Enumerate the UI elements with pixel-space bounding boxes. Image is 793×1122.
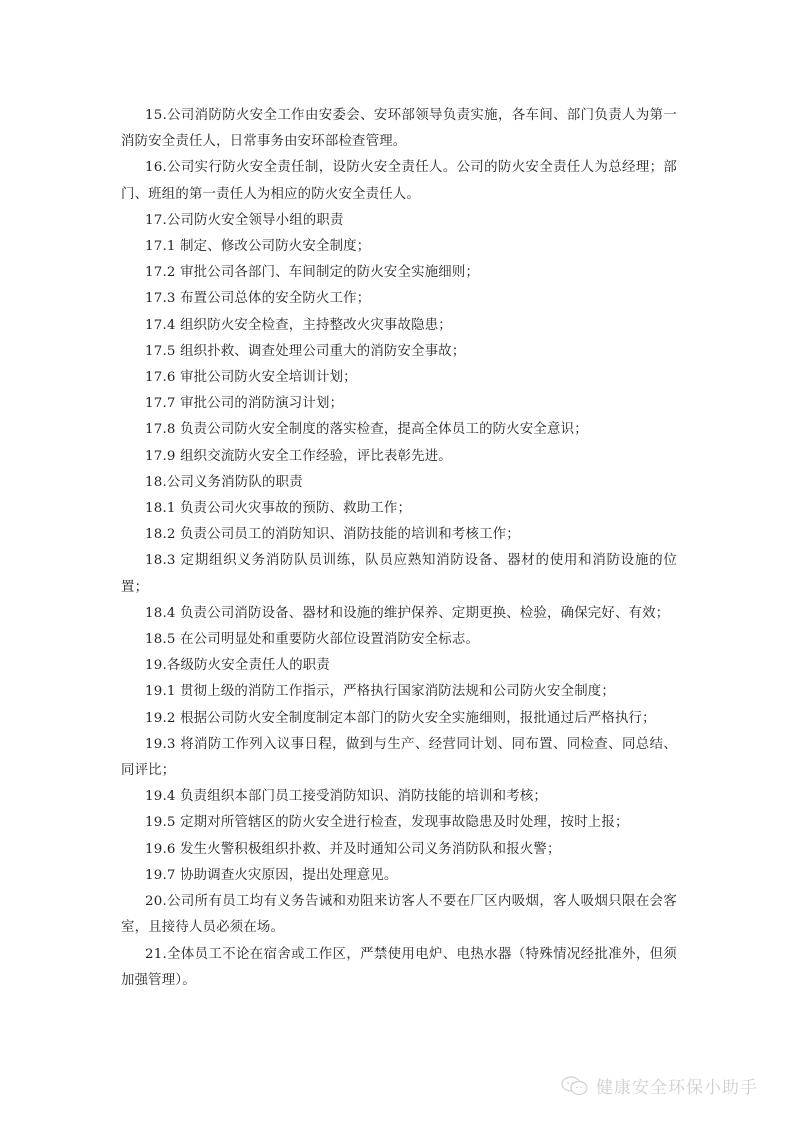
heading-19: 19.各级防火安全责任人的职责 [121, 653, 677, 679]
item-18-1: 18.1 负责公司火灾事故的预防、救助工作； [121, 496, 677, 522]
item-18-5: 18.5 在公司明显处和重要防火部位设置消防安全标志。 [121, 627, 677, 653]
watermark: 健康安全环保小助手 [560, 1073, 758, 1098]
item-17-3: 17.3 布置公司总体的安全防火工作； [121, 286, 677, 312]
item-18-2: 18.2 负责公司员工的消防知识、消防技能的培训和考核工作； [121, 522, 677, 548]
item-19-7: 19.7 协助调查火灾原因，提出处理意见。 [121, 863, 677, 889]
item-17-4: 17.4 组织防火安全检查，主持整改火灾事故隐患； [121, 313, 677, 339]
item-19-5: 19.5 定期对所管辖区的防火安全进行检查，发现事故隐患及时处理，按时上报； [121, 810, 677, 836]
item-17-5: 17.5 组织扑救、调查处理公司重大的消防安全事故； [121, 339, 677, 365]
item-19-2: 19.2 根据公司防火安全制度制定本部门的防火安全实施细则，报批通过后严格执行； [121, 706, 677, 732]
document-body: 15.公司消防防火安全工作由安委会、安环部领导负责实施，各车间、部门负责人为第一… [121, 103, 677, 994]
paragraph-15: 15.公司消防防火安全工作由安委会、安环部领导负责实施，各车间、部门负责人为第一… [121, 103, 677, 155]
item-18-3: 18.3 定期组织义务消防队员训练，队员应熟知消防设备、器材的使用和消防设施的位… [121, 548, 677, 600]
item-18-4: 18.4 负责公司消防设备、器材和设施的维护保养、定期更换、检验，确保完好、有效… [121, 601, 677, 627]
item-17-1: 17.1 制定、修改公司防火安全制度； [121, 234, 677, 260]
item-19-4: 19.4 负责组织本部门员工接受消防知识、消防技能的培训和考核； [121, 784, 677, 810]
heading-17: 17.公司防火安全领导小组的职责 [121, 208, 677, 234]
item-17-9: 17.9 组织交流防火安全工作经验，评比表彰先进。 [121, 444, 677, 470]
item-17-2: 17.2 审批公司各部门、车间制定的防火安全实施细则； [121, 260, 677, 286]
paragraph-20: 20.公司所有员工均有义务告诫和劝阻来访客人不要在厂区内吸烟，客人吸烟只限在会客… [121, 889, 677, 941]
item-19-3: 19.3 将消防工作列入议事日程，做到与生产、经营同计划、同布置、同检查、同总结… [121, 732, 677, 784]
item-19-1: 19.1 贯彻上级的消防工作指示，严格执行国家消防法规和公司防火安全制度； [121, 679, 677, 705]
heading-18: 18.公司义务消防队的职责 [121, 470, 677, 496]
watermark-label: 健康安全环保小助手 [596, 1073, 758, 1098]
item-17-7: 17.7 审批公司的消防演习计划； [121, 391, 677, 417]
item-19-6: 19.6 发生火警积极组织扑救、并及时通知公司义务消防队和报火警； [121, 837, 677, 863]
item-17-8: 17.8 负责公司防火安全制度的落实检查，提高全体员工的防火安全意识； [121, 417, 677, 443]
item-17-6: 17.6 审批公司防火安全培训计划； [121, 365, 677, 391]
wechat-icon [560, 1075, 590, 1097]
paragraph-16: 16.公司实行防火安全责任制，设防火安全责任人。公司的防火安全责任人为总经理；部… [121, 155, 677, 207]
paragraph-21: 21.全体员工不论在宿舍或工作区，严禁使用电炉、电热水器（特殊情况经批准外，但须… [121, 942, 677, 994]
